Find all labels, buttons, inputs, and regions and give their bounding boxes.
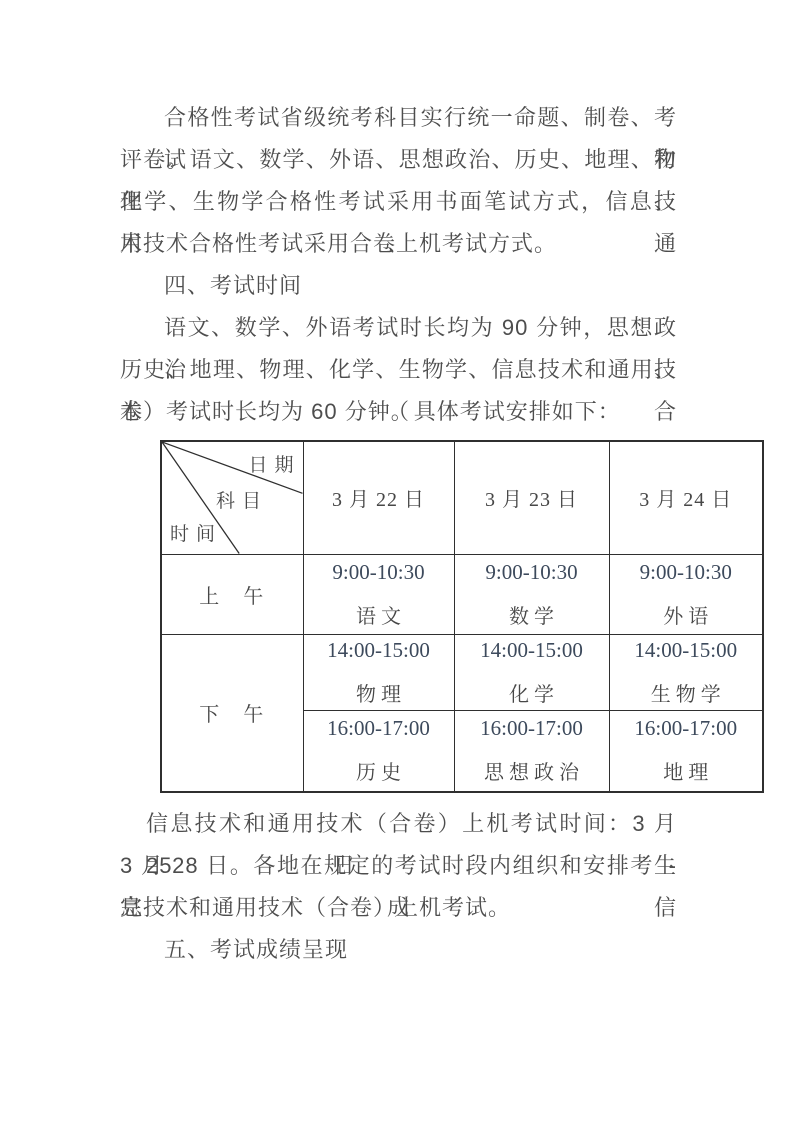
upper-text-block: 合格性考试省级统考科目实行统一命题、制卷、考试和 评卷。语文、数学、外语、思想政…: [120, 97, 677, 433]
exam-time: 14:00-15:00: [480, 638, 583, 663]
section-heading-score: 五、考试成绩呈现: [120, 929, 677, 971]
exam-subject: 历史: [351, 756, 406, 785]
lower-text-block: 信息技术和通用技术（合卷）上机考试时间：3 月 25 日 - 3 月 28 日。…: [120, 803, 677, 971]
paragraph-line: 信息技术和通用技术（合卷）上机考试时间：3 月 25 日 -: [120, 803, 677, 845]
paragraph-line: 3 月 28 日。各地在规定的考试时段内组织和安排考生完成信: [120, 845, 677, 887]
paragraph-line: 语文、数学、外语考试时长均为 90 分钟，思想政治、: [120, 307, 677, 349]
exam-cell: 16:00-17:00 历史: [303, 710, 454, 792]
paragraph-line: 卷）考试时长均为 60 分钟。具体考试安排如下：: [120, 391, 677, 433]
exam-time: 16:00-17:00: [634, 716, 737, 741]
paragraph-line: 合格性考试省级统考科目实行统一命题、制卷、考试和: [120, 97, 677, 139]
exam-cell: 16:00-17:00 思想政治: [454, 710, 609, 792]
session-cell-morning: 上 午: [161, 554, 303, 634]
exam-subject: 外语: [658, 600, 713, 629]
exam-cell: 14:00-15:00 生物学: [609, 634, 763, 710]
exam-cell: 9:00-10:30 语文: [303, 554, 454, 634]
exam-time: 14:00-15:00: [327, 638, 430, 663]
exam-subject: 生物学: [646, 678, 726, 707]
table-corner-cell: 日期 科目 时间: [161, 441, 303, 554]
exam-subject: 物理: [351, 678, 406, 707]
exam-time: 16:00-17:00: [480, 716, 583, 741]
section-heading-exam-time: 四、考试时间: [120, 265, 677, 307]
date-header-cell: 3 月 24 日: [609, 441, 763, 554]
exam-time: 9:00-10:30: [640, 560, 732, 585]
exam-subject: 化学: [504, 678, 559, 707]
session-cell-afternoon: 下 午: [161, 634, 303, 792]
corner-label-date: 日期: [248, 450, 300, 477]
document-page: 合格性考试省级统考科目实行统一命题、制卷、考试和 评卷。语文、数学、外语、思想政…: [0, 0, 793, 1122]
exam-cell: 16:00-17:00 地理: [609, 710, 763, 792]
exam-subject: 地理: [658, 756, 713, 785]
exam-schedule-table: 日期 科目 时间 3 月 22 日 3 月 23 日 3 月 24 日 上 午 …: [160, 440, 764, 793]
exam-subject: 数学: [504, 600, 559, 629]
date-header-cell: 3 月 23 日: [454, 441, 609, 554]
paragraph-line: 化学、生物学合格性考试采用书面笔试方式，信息技术、通: [120, 181, 677, 223]
date-header-cell: 3 月 22 日: [303, 441, 454, 554]
corner-label-time: 时间: [170, 519, 222, 546]
exam-time: 14:00-15:00: [634, 638, 737, 663]
exam-cell: 9:00-10:30 数学: [454, 554, 609, 634]
exam-cell: 9:00-10:30 外语: [609, 554, 763, 634]
exam-subject: 思想政治: [479, 756, 584, 785]
exam-subject: 语文: [351, 600, 406, 629]
exam-time: 9:00-10:30: [332, 560, 424, 585]
exam-time: 9:00-10:30: [485, 560, 577, 585]
corner-label-subject: 科目: [216, 486, 268, 513]
paragraph-line: 历史、地理、物理、化学、生物学、信息技术和通用技术（合: [120, 349, 677, 391]
exam-cell: 14:00-15:00 物理: [303, 634, 454, 710]
exam-cell: 14:00-15:00 化学: [454, 634, 609, 710]
paragraph-line: 评卷。语文、数学、外语、思想政治、历史、地理、物理、: [120, 139, 677, 181]
exam-time: 16:00-17:00: [327, 716, 430, 741]
